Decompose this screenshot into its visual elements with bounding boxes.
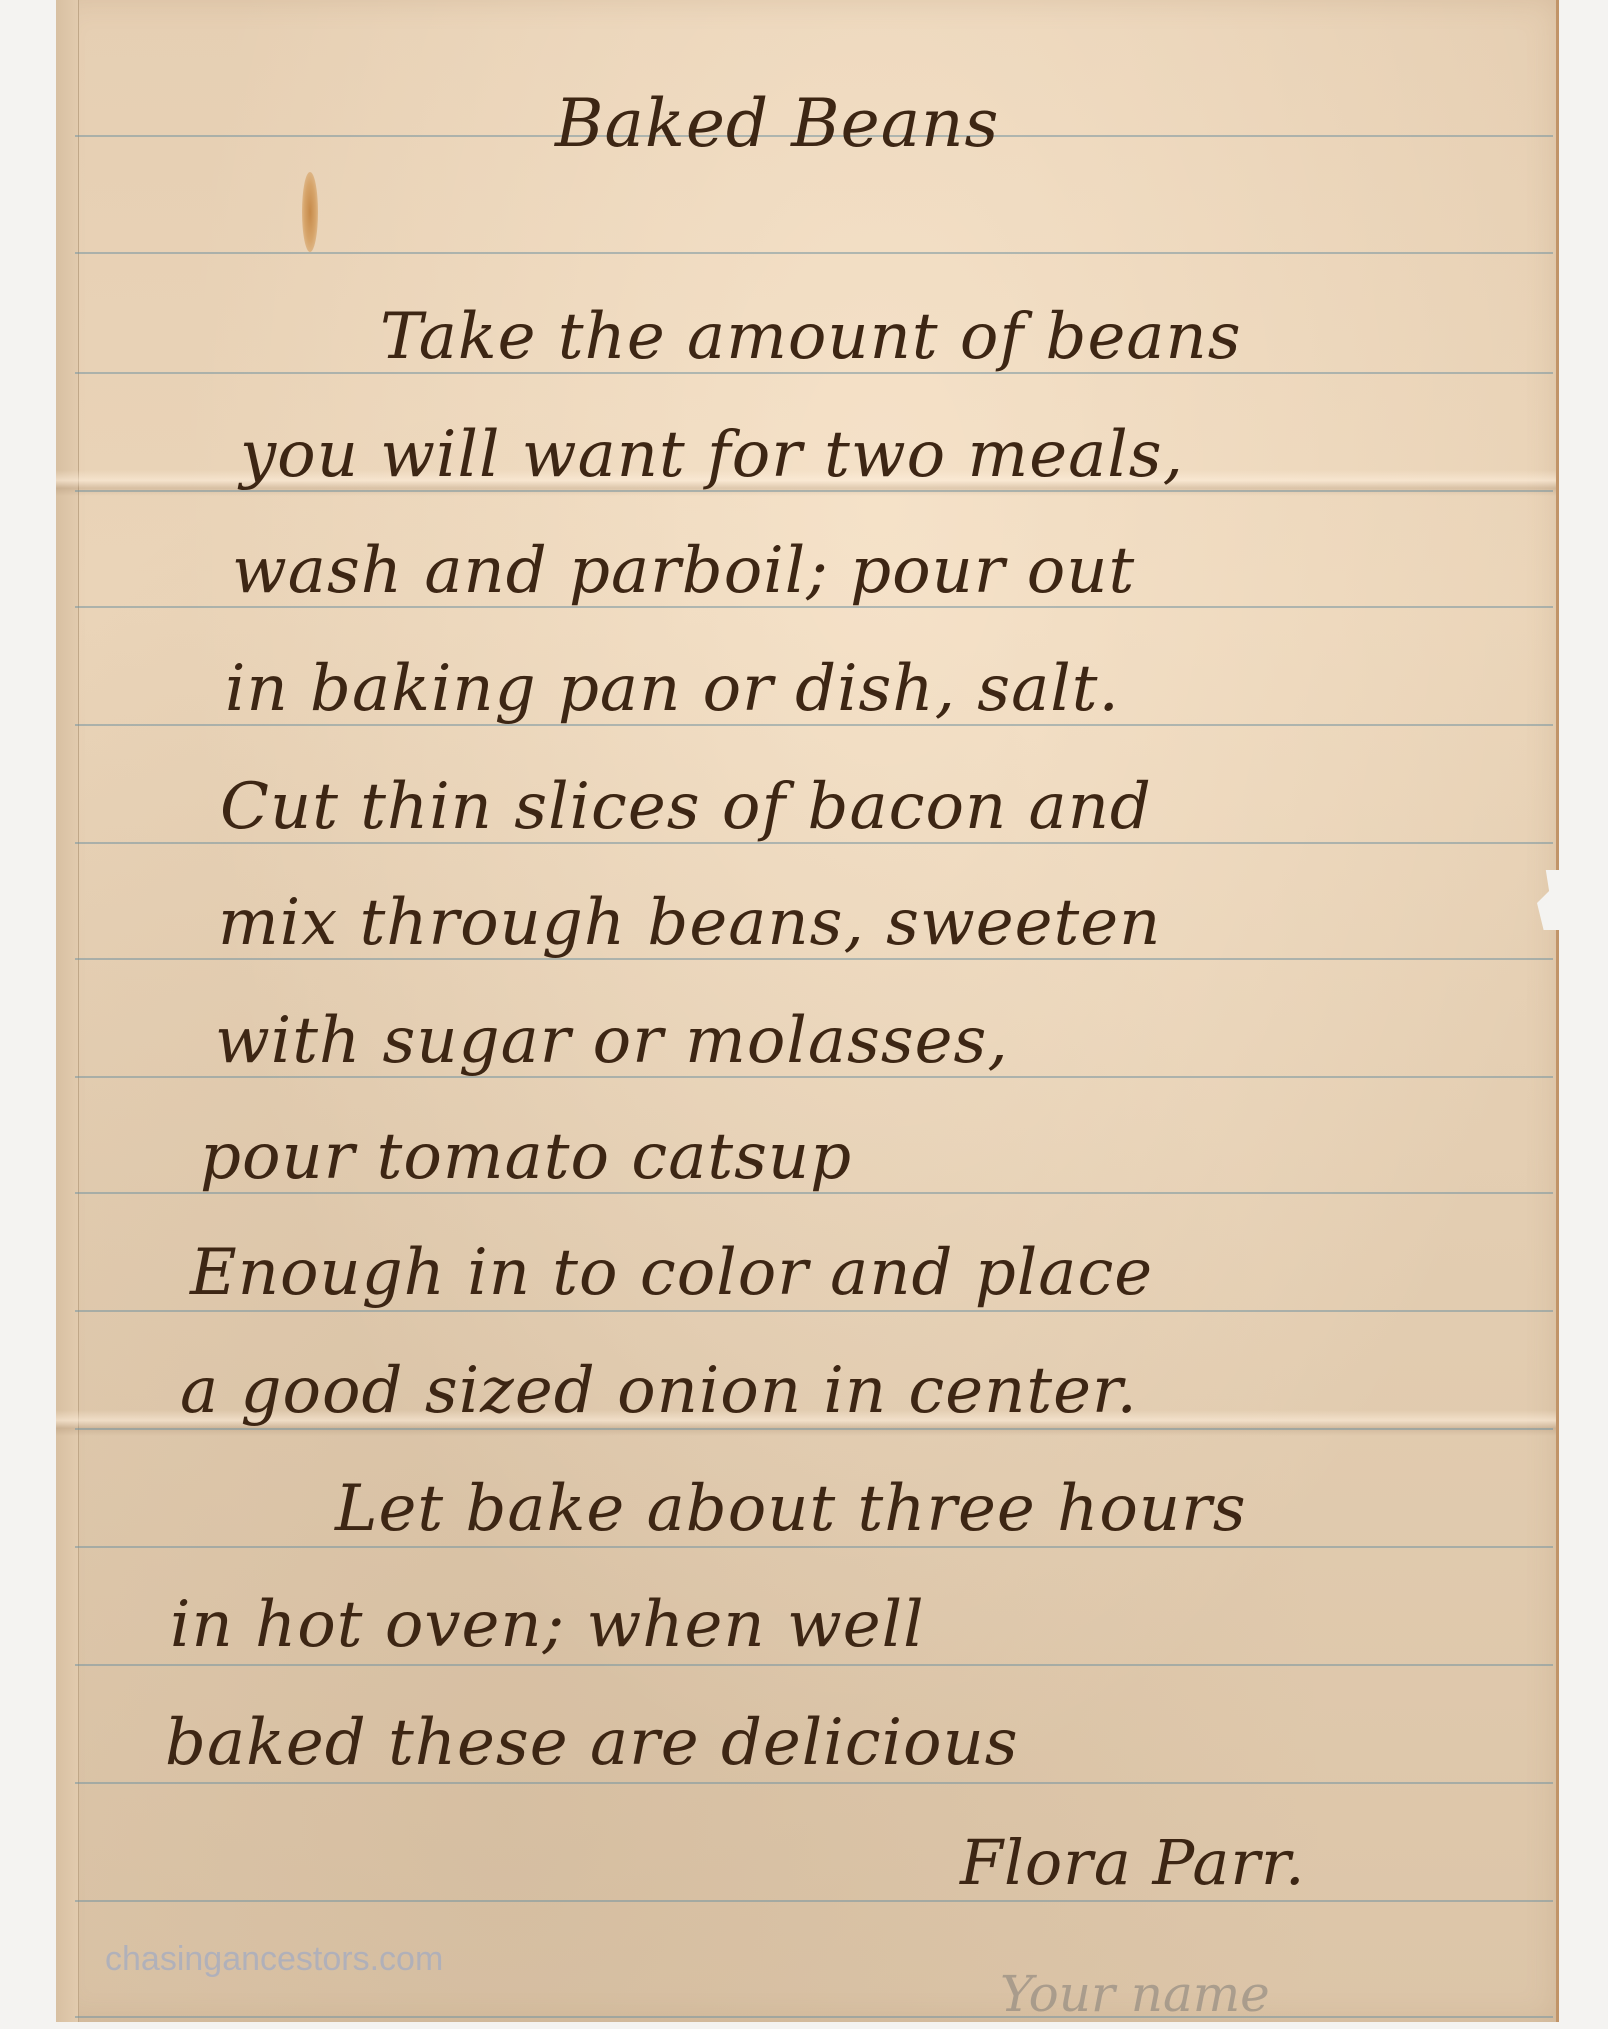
- ruled-line: [75, 1664, 1553, 1666]
- recipe-line: you will want for two meals,: [240, 418, 1184, 492]
- ruled-line: [75, 1546, 1553, 1548]
- paper-stain: [302, 172, 318, 252]
- recipe-line: Enough in to color and place: [190, 1236, 1153, 1310]
- recipe-line: a good sized onion in center.: [180, 1354, 1138, 1428]
- paper-left-fold: [56, 0, 79, 2022]
- watermark: chasingancestors.com: [105, 1940, 443, 1979]
- recipe-line: Cut thin slices of bacon and: [220, 770, 1152, 844]
- recipe-line: baked these are delicious: [165, 1706, 1019, 1780]
- recipe-line: wash and parboil; pour out: [232, 534, 1135, 608]
- ruled-line: [75, 252, 1553, 254]
- recipe-line: with sugar or molasses,: [215, 1004, 1009, 1078]
- recipe-title: Baked Beans: [555, 85, 999, 162]
- recipe-line: Let bake about three hours: [335, 1472, 1247, 1546]
- recipe-line: mix through beans, sweeten: [218, 886, 1161, 960]
- recipe-line: Take the amount of beans: [380, 300, 1242, 374]
- ruled-line: [75, 1428, 1553, 1430]
- recipe-line: in hot oven; when well: [170, 1588, 925, 1662]
- signature: Flora Parr.: [960, 1826, 1306, 1899]
- pencil-note: Your name: [1000, 1965, 1270, 2023]
- ruled-line: [75, 1782, 1553, 1784]
- ruled-line: [75, 1900, 1553, 1902]
- ruled-line: [75, 2016, 1553, 2018]
- recipe-line: pour tomato catsup: [200, 1120, 852, 1194]
- ruled-line: [75, 1310, 1553, 1312]
- recipe-line: in baking pan or dish, salt.: [225, 652, 1120, 726]
